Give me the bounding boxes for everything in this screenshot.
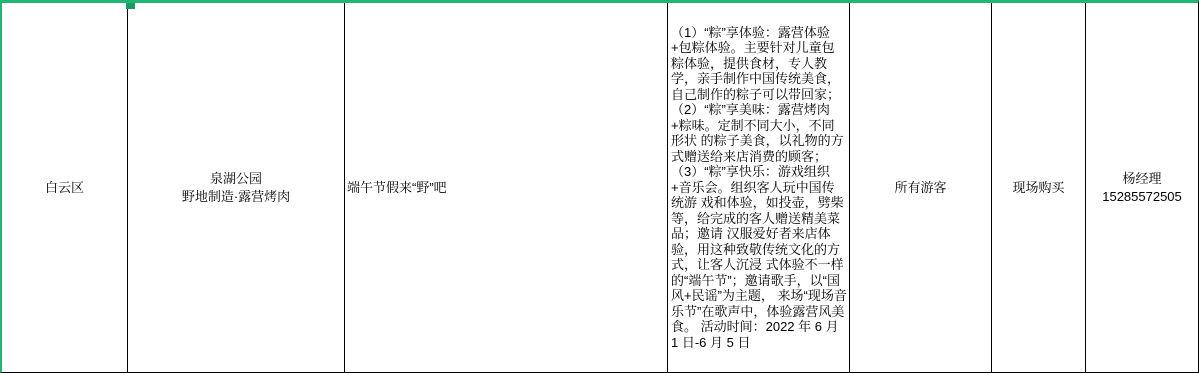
cell-contact[interactable]: 杨经理 15285572505	[1086, 3, 1198, 372]
event-title-text: 端午节假来“野”吧	[347, 179, 447, 197]
venue-operator-text: 野地制造·露营烤肉	[182, 188, 290, 206]
contact-name-text: 杨经理	[1122, 170, 1161, 188]
district-text: 白云区	[45, 179, 84, 197]
cell-district[interactable]: 白云区	[2, 3, 128, 372]
cell-event-title[interactable]: 端午节假来“野”吧	[345, 3, 668, 372]
venue-name-text: 泉湖公园	[210, 170, 262, 188]
cell-event-details[interactable]: （1）“粽”享体验：露营体验+包粽体验。主要针对儿童包粽体验，提供食材，专人教学…	[668, 3, 850, 372]
column-resize-marker[interactable]	[126, 3, 135, 9]
contact-phone-text: 15285572505	[1102, 188, 1182, 206]
cell-venue[interactable]: 泉湖公园 野地制造·露营烤肉	[128, 3, 345, 372]
event-details-text: （1）“粽”享体验：露营体验+包粽体验。主要针对儿童包粽体验，提供食材，专人教学…	[671, 25, 847, 351]
cell-audience[interactable]: 所有游客	[850, 3, 992, 372]
audience-text: 所有游客	[894, 179, 946, 197]
event-table-row: 白云区 泉湖公园 野地制造·露营烤肉 端午节假来“野”吧 （1）“粽”享体验：露…	[0, 0, 1199, 373]
cell-purchase-method[interactable]: 现场购买	[992, 3, 1086, 372]
purchase-method-text: 现场购买	[1012, 179, 1064, 197]
